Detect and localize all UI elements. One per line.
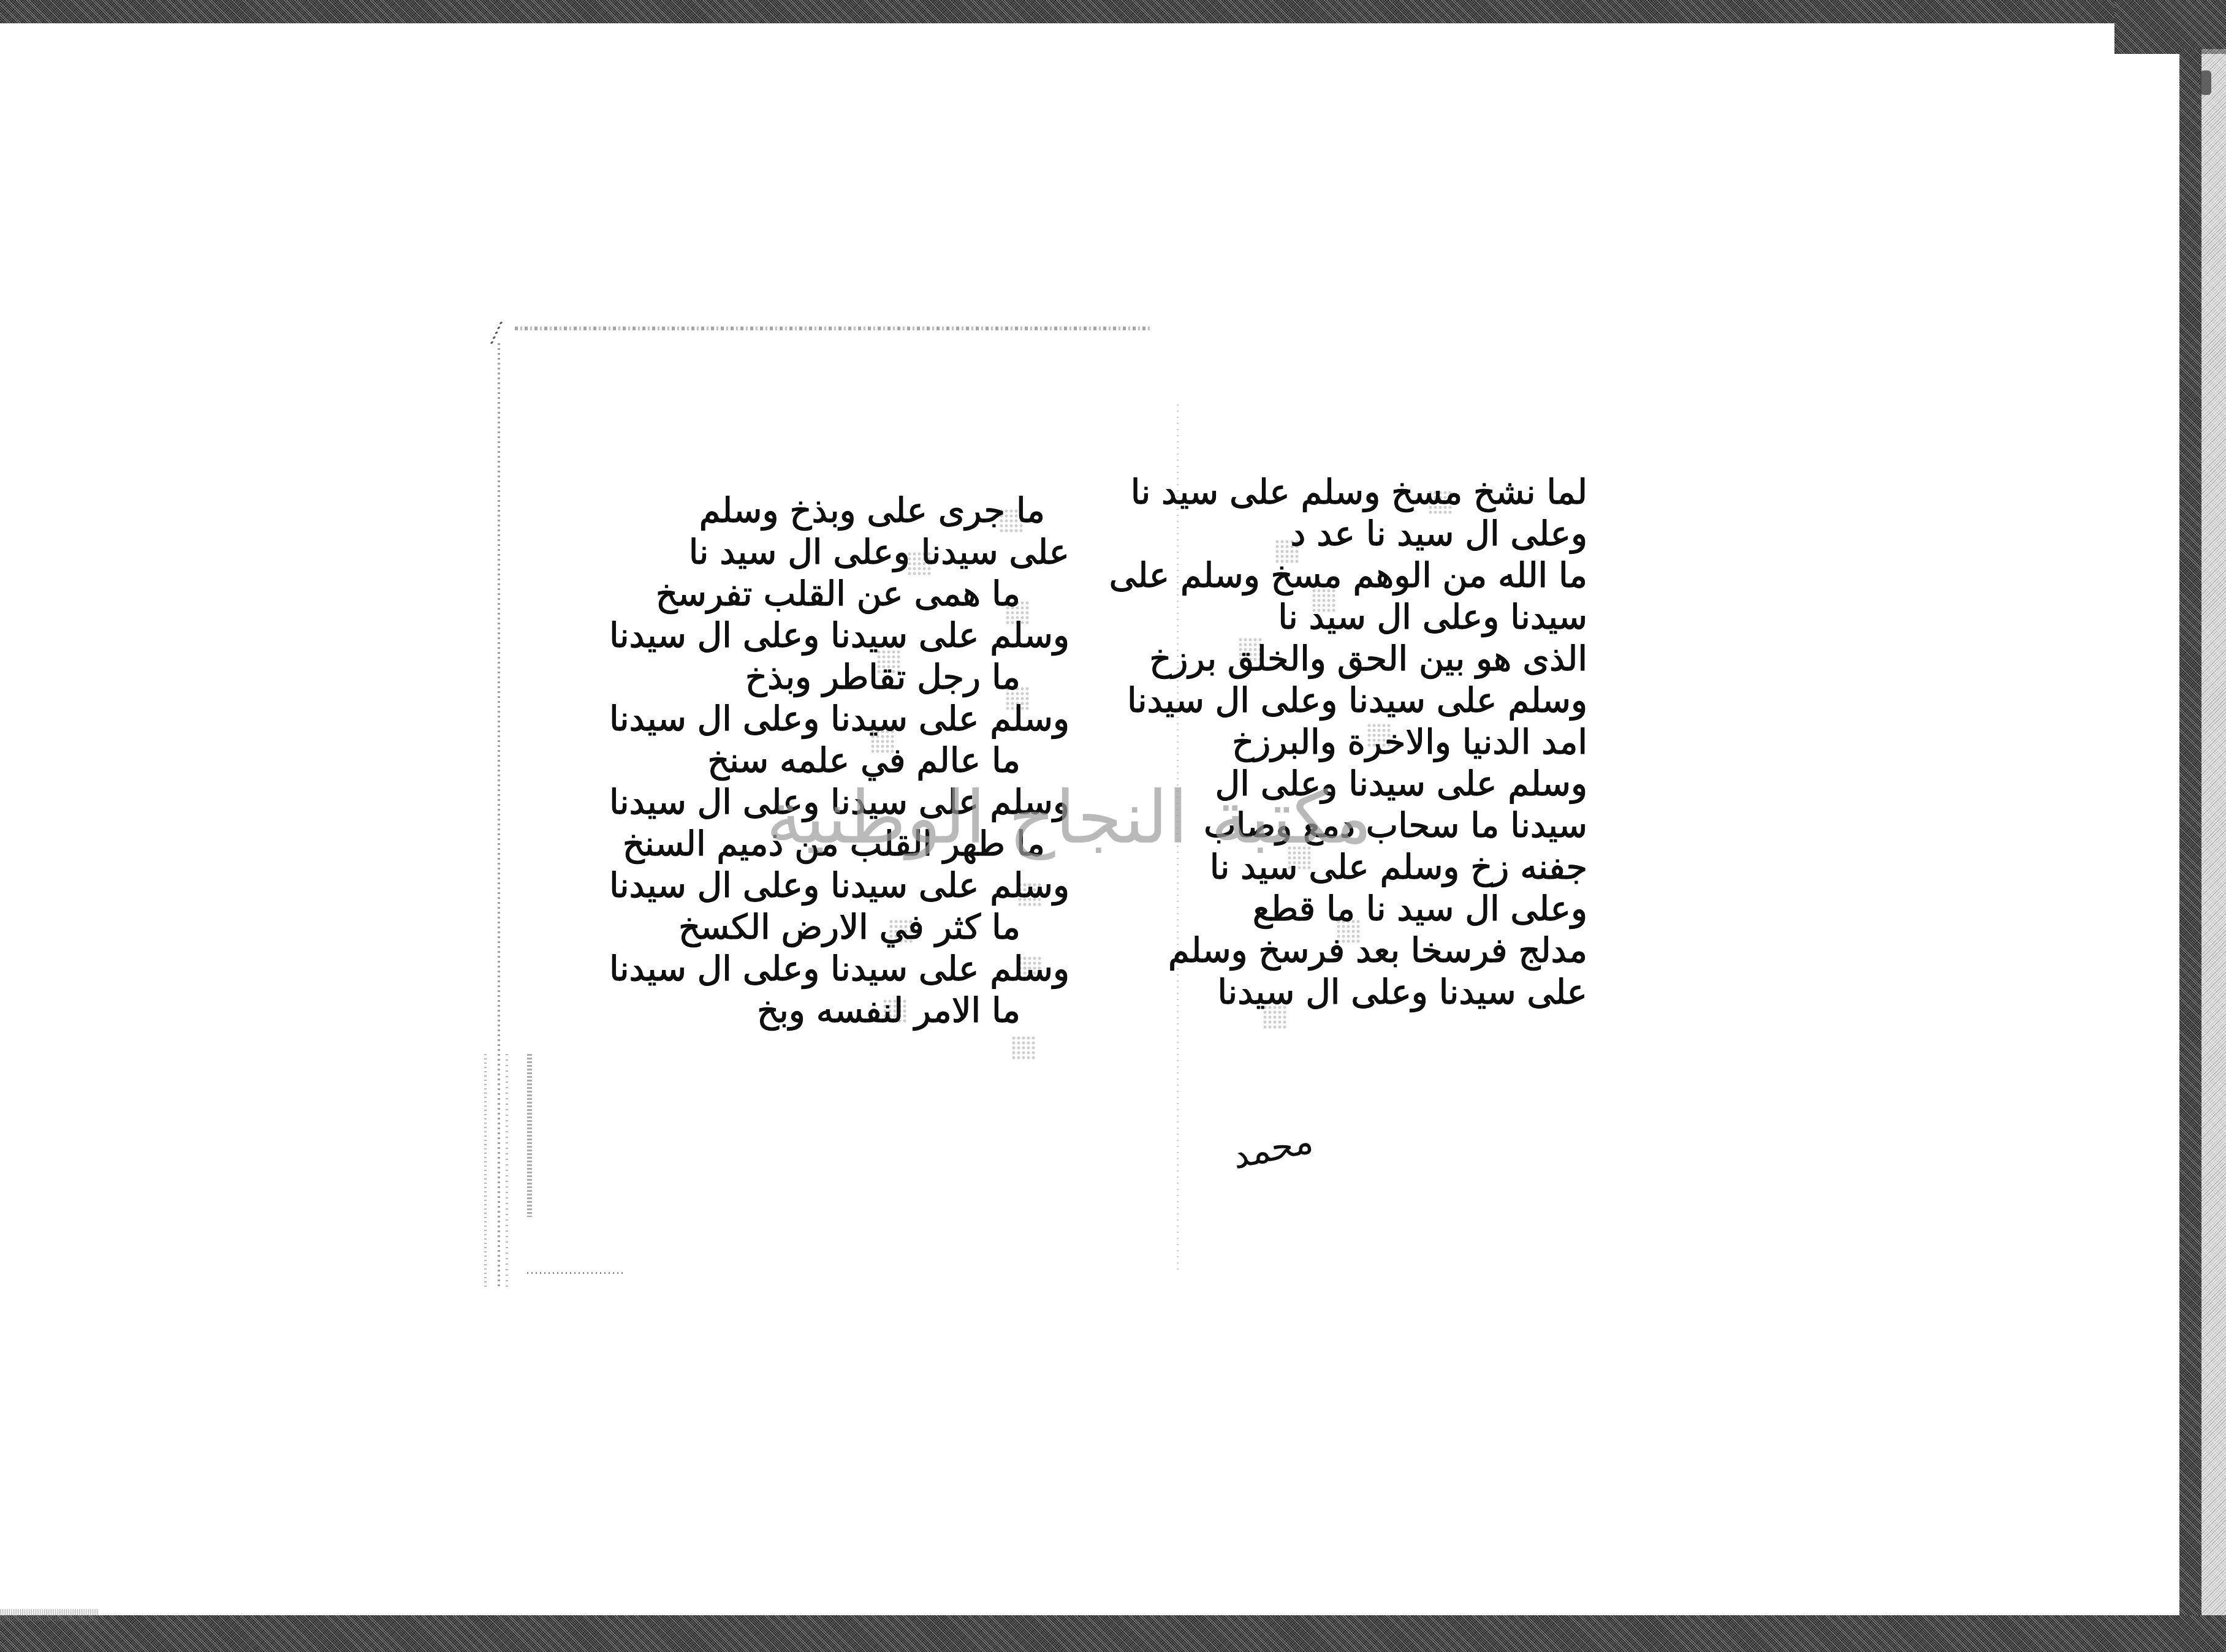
text-line: لما نشخ مسخ وسلم على سيد نا (1220, 472, 1587, 513)
scan-border-top-right (2114, 0, 2226, 54)
page-gutter (1177, 404, 1179, 1275)
separator-ornament (1005, 686, 1030, 711)
text-line: جفنه زخ وسلم على سيد نا (1220, 847, 1587, 889)
separator-ornament (1428, 490, 1453, 515)
text-line: سيدنا ما سحاب دمع وصاب (1220, 805, 1587, 847)
scan-border-bottom-fade (0, 1609, 98, 1621)
text-line: ما عالم في علمه سنخ (732, 740, 1069, 782)
left-page-text: ما جرى على وبذخ وسلم على سيدنا وعلى ال س… (732, 490, 1069, 1032)
separator-ornament (1017, 882, 1042, 907)
scan-smudge (2200, 70, 2211, 95)
text-line: الذى هو بين الحق والخلق برزخ (1220, 638, 1587, 680)
separator-ornament (1005, 601, 1030, 625)
separator-ornament (1263, 1005, 1287, 1029)
separator-ornament (1367, 723, 1391, 748)
separator-ornament (883, 999, 907, 1023)
text-line: امد الدنيا والاخرة والبرزخ (1220, 722, 1587, 763)
separator-ornament (876, 650, 901, 674)
text-line: وسلم على سيدنا وعلى ال (1220, 763, 1587, 805)
text-line: مدلج فرسخا بعد فرسخ وسلم (1220, 930, 1587, 972)
text-line: وسلم على سيدنا وعلى ال سيدنا (732, 782, 1069, 824)
scan-border-top (0, 0, 2226, 23)
separator-ornament (907, 551, 932, 576)
separator-ornament (889, 919, 913, 944)
separator-ornament (1287, 846, 1312, 870)
text-line: وسلم على سيدنا وعلى ال سيدنا (1220, 680, 1587, 722)
catchword-signature: محمد (1228, 1120, 1316, 1177)
page-edge-left-stains (484, 1054, 539, 1287)
scan-border-right-shadow (2201, 49, 2226, 1652)
separator-ornament (1336, 919, 1361, 944)
separator-ornament (1275, 539, 1299, 564)
text-line: على سيدنا وعلى ال سيد نا (732, 532, 1069, 574)
separator-ornament (1017, 956, 1042, 980)
text-line: وعلى ال سيد نا ما قطع (1220, 889, 1587, 930)
scan-border-right (2179, 49, 2201, 1618)
page-edge-top (515, 327, 1152, 330)
separator-ornament (999, 509, 1024, 533)
text-line: سيدنا وعلى ال سيد نا (1220, 597, 1587, 638)
page-edge-bottom (527, 1272, 625, 1274)
text-line: ما طهر القلب من ذميم السنخ (732, 824, 1069, 865)
scan-border-bottom (0, 1615, 2226, 1652)
separator-ornament (1238, 637, 1263, 662)
separator-ornament (870, 729, 895, 754)
page-edge-corner (490, 322, 514, 344)
separator-ornament (1312, 588, 1336, 613)
separator-ornament (1011, 1036, 1036, 1060)
